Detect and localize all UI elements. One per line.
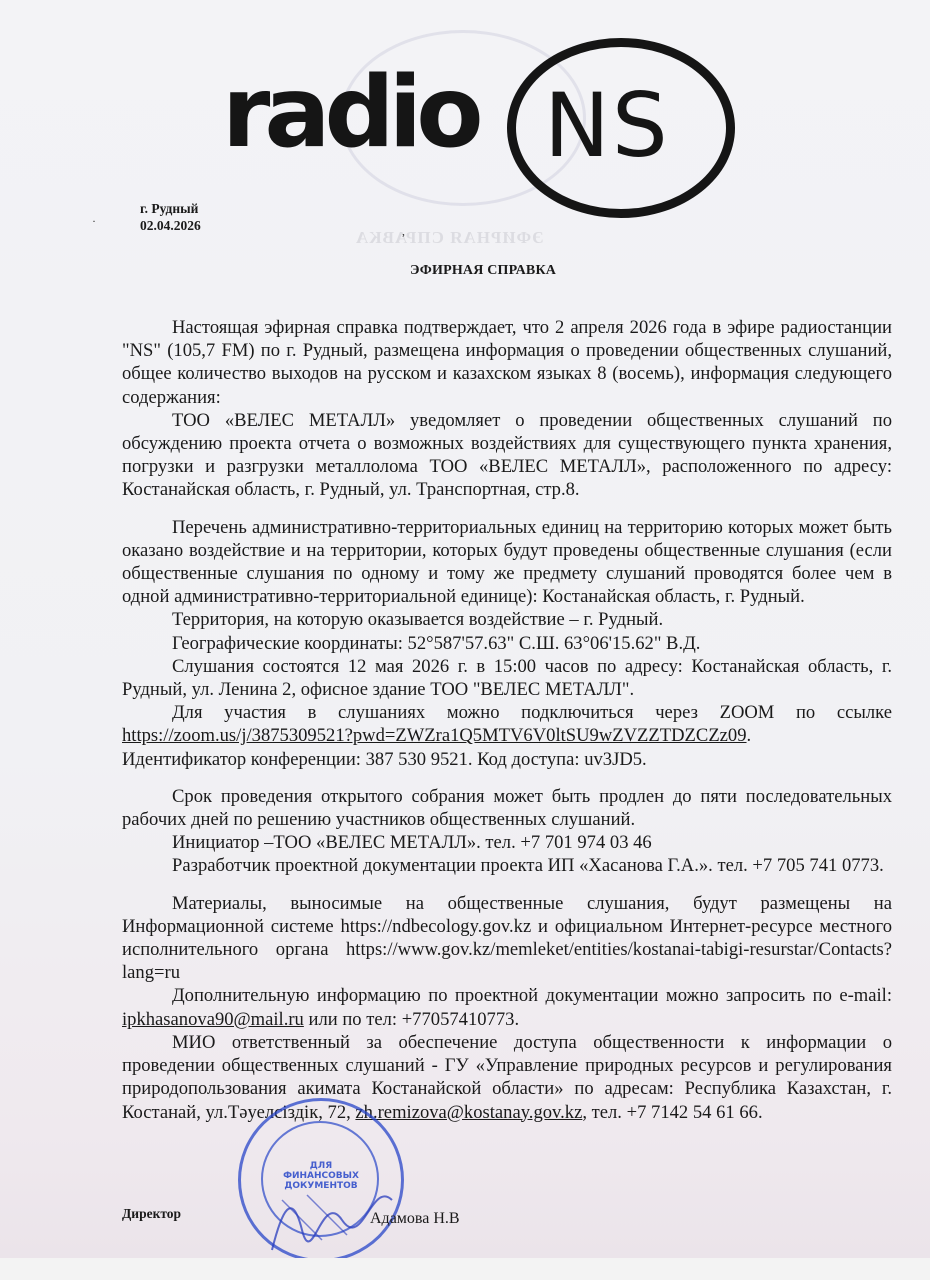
paragraph-extension: Срок проведения открытого собрания может… (122, 785, 892, 831)
paragraph-coordinates: Географические координаты: 52°587'57.63"… (122, 632, 892, 655)
logo-word: radio (222, 64, 478, 162)
developer-email-link[interactable]: ipkhasanova90@mail.ru (122, 1009, 304, 1030)
document-body: Настоящая эфирная справка подтверждает, … (122, 316, 892, 1124)
bleed-through-title: ЭФИРНАЯ СПРАВКА (355, 228, 544, 248)
paragraph-notice: ТОО «ВЕЛЕС МЕТАЛЛ» уведомляет о проведен… (122, 409, 892, 502)
city: г. Рудный (140, 200, 201, 217)
paragraph-initiator: Инициатор –ТОО «ВЕЛЕС МЕТАЛЛ». тел. +7 7… (122, 831, 892, 854)
paragraph-conference-id: Идентификатор конференции: 387 530 9521.… (122, 748, 892, 771)
date: 02.04.2026 (140, 217, 201, 234)
signature-block: Директор Адамова Н.В (122, 1206, 892, 1236)
paragraph-zoom: Для участия в слушаниях можно подключить… (122, 701, 892, 747)
paragraph-territorial-units: Перечень административно-территориальных… (122, 516, 892, 609)
zoom-suffix: . (747, 725, 752, 746)
document-title: ЭФИРНАЯ СПРАВКА (410, 263, 556, 279)
logo-brand: NS (544, 82, 670, 170)
mio-email-link[interactable]: zh.remizova@kostanay.gov.kz (355, 1102, 582, 1123)
scan-dot: · (92, 214, 96, 229)
paragraph-materials: Материалы, выносимые на общественные слу… (122, 892, 892, 985)
signatory-role: Директор (122, 1206, 181, 1222)
paragraph-hearing-date: Слушания состоятся 12 мая 2026 г. в 15:0… (122, 655, 892, 701)
document-page: ЭФИРНАЯ СПРАВКА radio NS · , г. Рудный 0… (0, 0, 930, 1258)
zoom-link[interactable]: https://zoom.us/j/3875309521?pwd=ZWZra1Q… (122, 725, 747, 746)
document-header: г. Рудный 02.04.2026 (140, 200, 201, 234)
paragraph-mio: МИО ответственный за обеспечение доступа… (122, 1031, 892, 1124)
signatory-name: Адамова Н.В (370, 1210, 460, 1228)
paragraph-impact-territory: Территория, на которую оказывается возде… (122, 608, 892, 631)
scan-dot: , (402, 224, 405, 239)
paragraph-confirmation: Настоящая эфирная справка подтверждает, … (122, 316, 892, 409)
paragraph-developer: Разработчик проектной документации проек… (122, 854, 892, 877)
mio-suffix: , тел. +7 7142 54 61 66. (582, 1102, 762, 1123)
zoom-text: Для участия в слушаниях можно подключить… (172, 702, 892, 723)
contact-text: Дополнительную информацию по проектной д… (172, 985, 892, 1006)
paragraph-contact: Дополнительную информацию по проектной д… (122, 984, 892, 1030)
scan-margin (0, 1258, 930, 1280)
contact-suffix: или по тел: +77057410773. (304, 1009, 519, 1030)
radio-ns-logo: radio NS (222, 62, 782, 212)
